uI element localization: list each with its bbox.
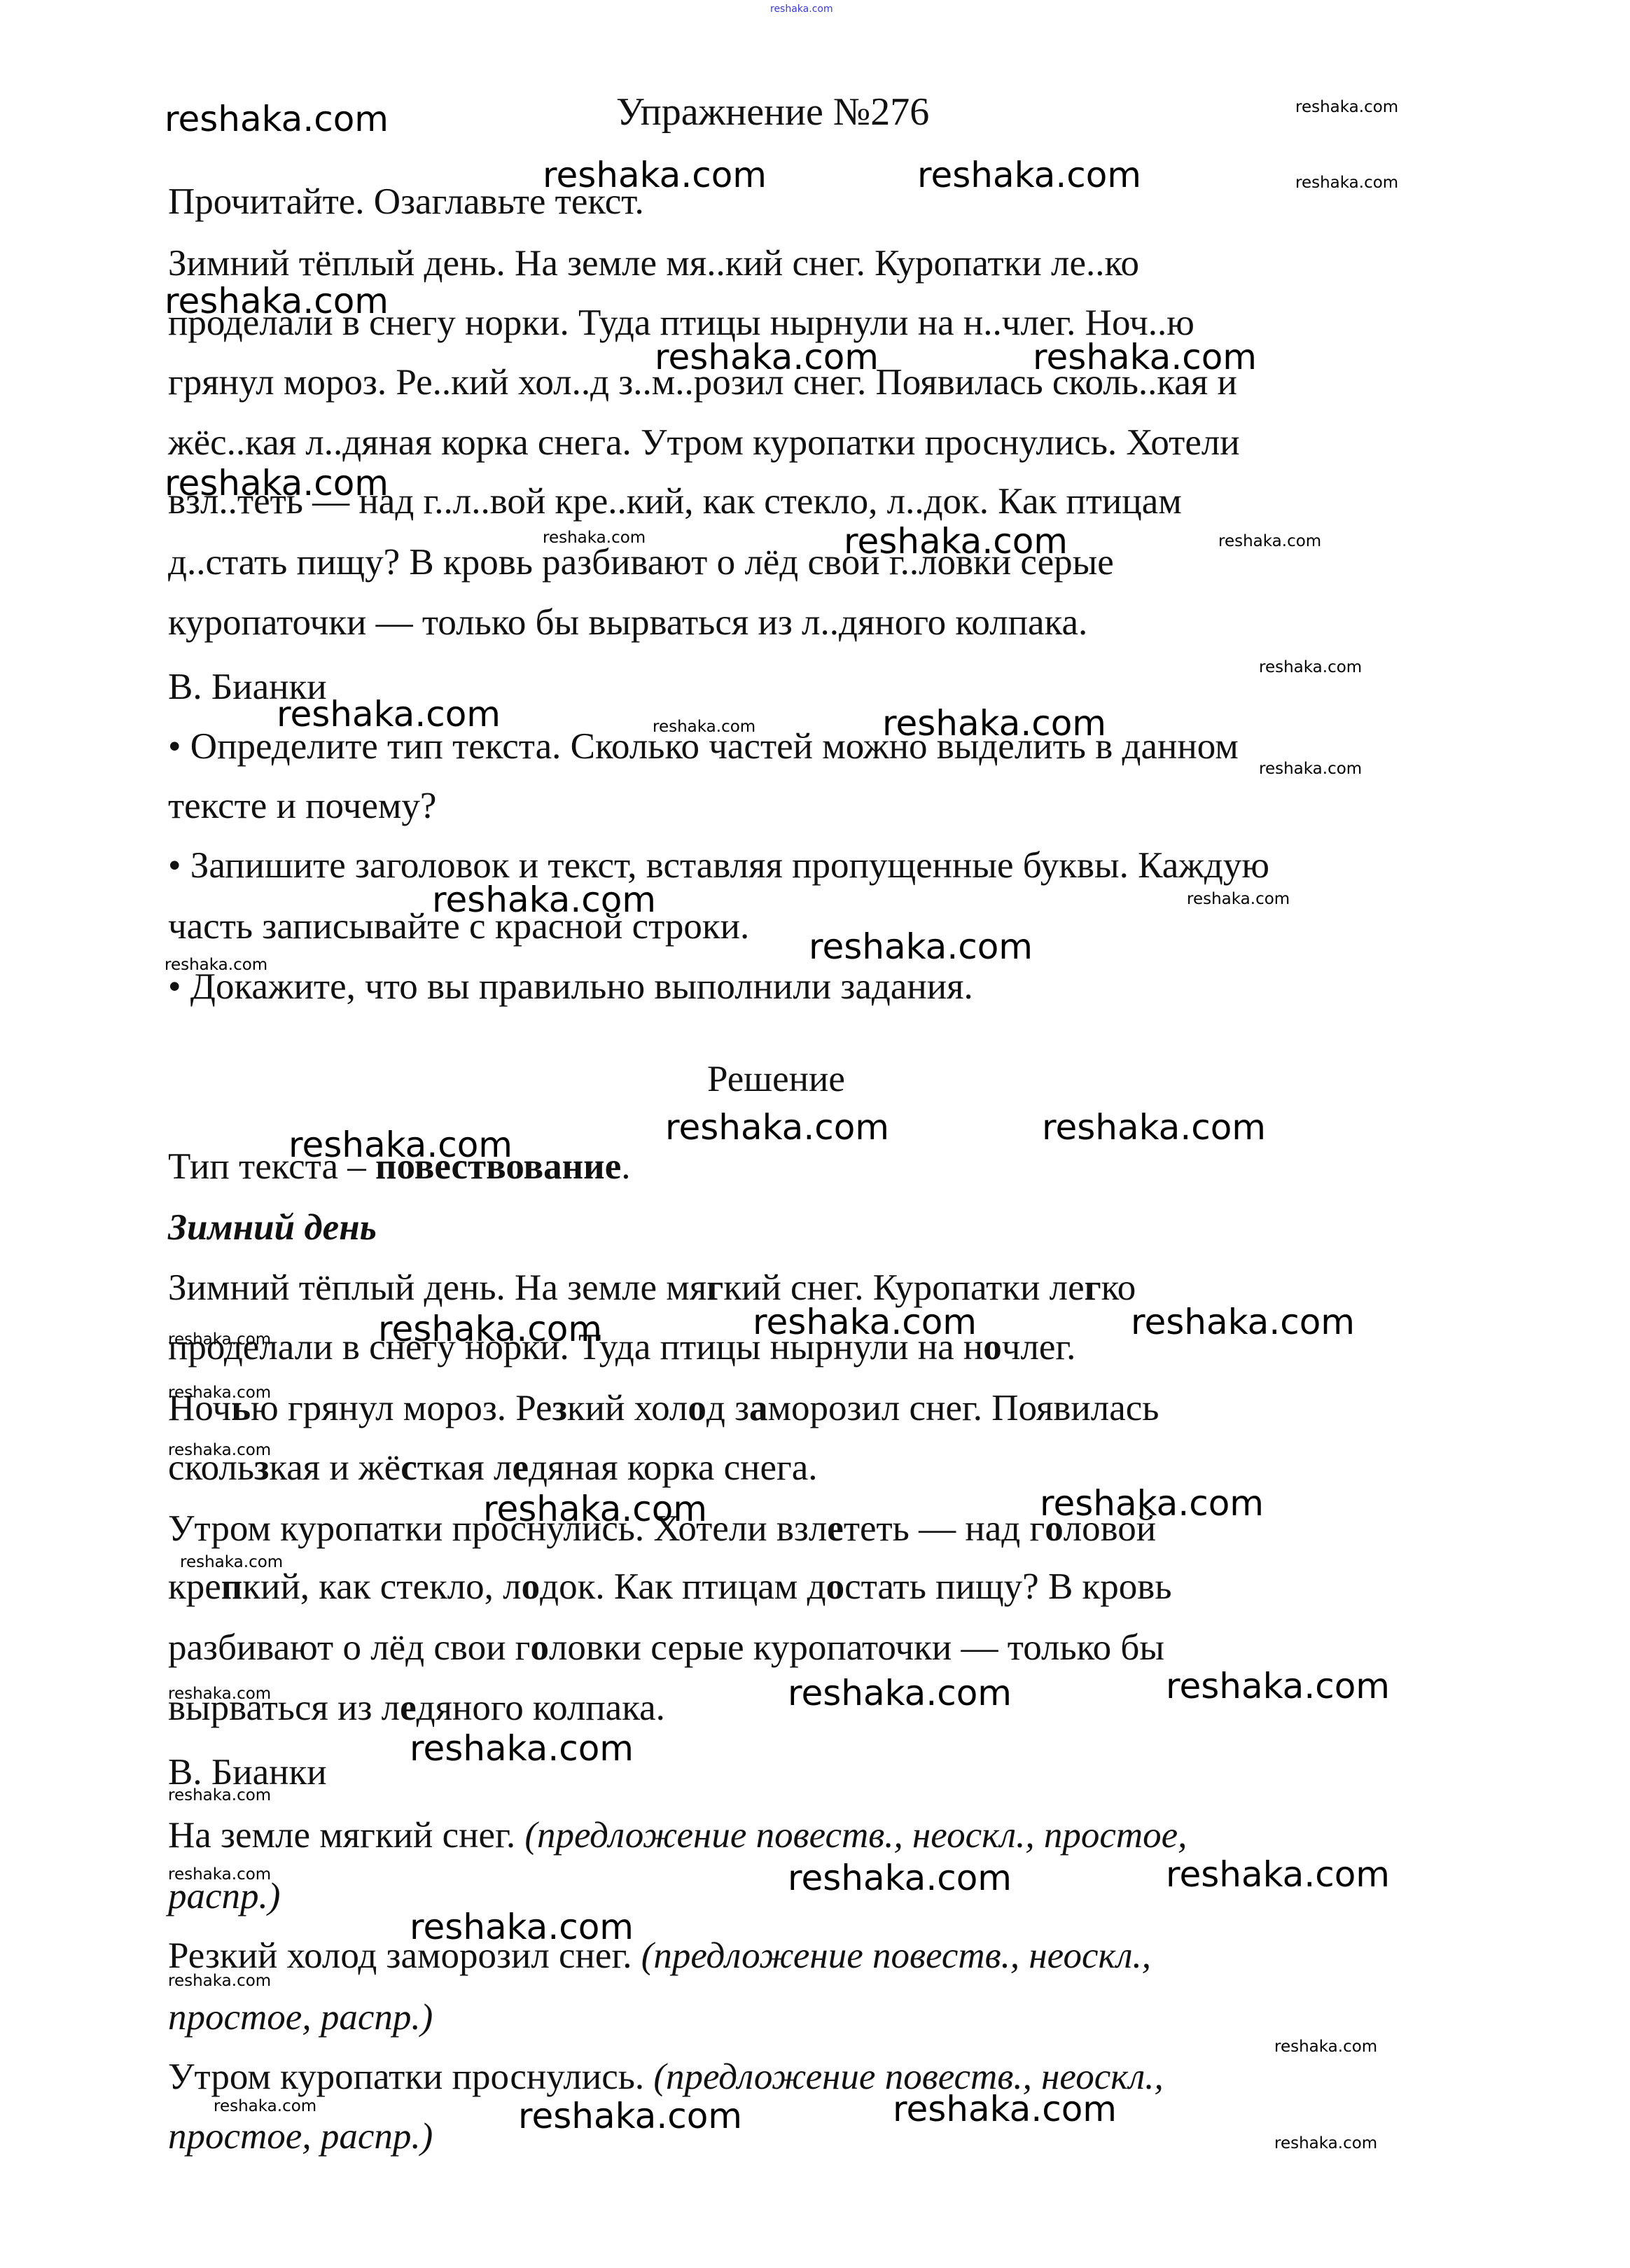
- text-fragment: дяная корка снега.: [529, 1447, 818, 1488]
- watermark-text: reshaka.com: [1166, 1857, 1390, 1892]
- analysis-note: простое, распр.): [168, 1997, 433, 2038]
- watermark-text: reshaka.com: [788, 1860, 1012, 1895]
- watermark-text: reshaka.com: [1259, 761, 1362, 777]
- watermark-text: reshaka.com: [410, 1731, 634, 1766]
- inserted-letter: о: [826, 1566, 845, 1607]
- text-type-end: .: [621, 1146, 630, 1187]
- inserted-letter: а: [749, 1388, 768, 1428]
- text-fragment: ткая л: [417, 1447, 513, 1488]
- inserted-letter: г: [706, 1267, 723, 1308]
- watermark-text: reshaka.com: [1295, 99, 1398, 116]
- watermark-text: reshaka.com: [1166, 1669, 1390, 1704]
- inserted-letter: с: [400, 1447, 417, 1488]
- text-fragment: Зимний тёплый день. На земле мя: [168, 1267, 706, 1308]
- text-fragment: теть — над г: [844, 1508, 1045, 1549]
- watermark-text: reshaka.com: [1218, 534, 1321, 550]
- watermark-text: reshaka.com: [1187, 891, 1290, 907]
- analysis-note: простое, распр.): [168, 2116, 433, 2157]
- solution-text-line: крепкий, как стекло, лодок. Как птицам д…: [168, 1568, 1172, 1606]
- text-fragment: ловки серые куропаточки — только бы: [549, 1627, 1164, 1668]
- watermark-text: reshaka.com: [882, 706, 1106, 741]
- solution-heading: Решение: [707, 1061, 845, 1098]
- analysis-note: (предложение повеств., неоскл., простое,: [524, 1815, 1187, 1856]
- question-line: тексте и почему?: [168, 788, 436, 825]
- watermark-text: reshaka.com: [893, 2092, 1117, 2127]
- watermark-text: reshaka.com: [168, 1332, 271, 1348]
- watermark-text: reshaka.com: [168, 1385, 271, 1401]
- watermark-text: reshaka.com: [543, 158, 767, 193]
- text-fragment: стать пищу? В кровь: [844, 1566, 1171, 1607]
- task-text-line: Зимний тёплый день. На земле мя..кий сне…: [168, 245, 1139, 282]
- analysis-note: (предложение повеств., неоскл.,: [641, 1935, 1151, 1976]
- watermark-text: reshaka.com: [168, 1686, 271, 1702]
- text-fragment: разбивают о лёд свои г: [168, 1627, 530, 1668]
- watermark-text: reshaka.com: [1295, 175, 1398, 191]
- analysis-sentence-text: На земле мягкий снег.: [168, 1815, 524, 1856]
- text-fragment: кре: [168, 1566, 221, 1607]
- text-fragment: дяного колпака.: [417, 1688, 665, 1728]
- watermark-text: reshaka.com: [165, 466, 389, 501]
- watermark-text: reshaka.com: [432, 882, 656, 917]
- watermark-text: reshaka.com: [165, 102, 389, 137]
- watermark-text: reshaka.com: [165, 284, 389, 319]
- text-fragment: д з: [706, 1388, 749, 1428]
- solution-text-line: разбивают о лёд свои головки серые куроп…: [168, 1629, 1164, 1667]
- text-fragment: кий, как стекло, л: [242, 1566, 521, 1607]
- watermark-text: reshaka.com: [655, 340, 879, 375]
- inserted-letter: е: [400, 1688, 417, 1728]
- question-line: • Докажите, что вы правильно выполнили з…: [168, 968, 973, 1006]
- solution-text-line: Ночью грянул мороз. Резкий холод замороз…: [168, 1390, 1159, 1427]
- top-site-link[interactable]: reshaka.com: [770, 4, 833, 14]
- analysis-note-continuation: простое, распр.): [168, 1999, 433, 2036]
- watermark-text: reshaka.com: [1259, 660, 1362, 676]
- watermark-text: reshaka.com: [809, 929, 1033, 964]
- watermark-text: reshaka.com: [1040, 1486, 1264, 1521]
- watermark-text: reshaka.com: [1274, 2136, 1377, 2152]
- watermark-text: reshaka.com: [543, 530, 646, 546]
- watermark-text: reshaka.com: [180, 1554, 283, 1571]
- page-title: Упражнение №276: [616, 92, 929, 132]
- inserted-letter: е: [827, 1508, 844, 1549]
- watermark-text: reshaka.com: [1033, 340, 1257, 375]
- watermark-text: reshaka.com: [378, 1312, 602, 1347]
- question-line: • Запишите заголовок и текст, вставляя п…: [168, 847, 1269, 884]
- watermark-text: reshaka.com: [1131, 1305, 1355, 1340]
- watermark-text: reshaka.com: [168, 1867, 271, 1883]
- watermark-text: reshaka.com: [168, 1788, 271, 1804]
- text-fragment: док. Как птицам д: [540, 1566, 826, 1607]
- inserted-letter: г: [1085, 1267, 1101, 1308]
- analysis-sentence: Резкий холод заморозил снег. (предложени…: [168, 1937, 1151, 1975]
- watermark-text: reshaka.com: [277, 697, 501, 732]
- watermark-text: reshaka.com: [483, 1491, 707, 1526]
- text-fragment: кая и жё: [269, 1447, 400, 1488]
- analysis-sentence: На земле мягкий снег. (предложение повес…: [168, 1817, 1187, 1854]
- watermark-text: reshaka.com: [653, 719, 755, 735]
- watermark-text: reshaka.com: [788, 1676, 1012, 1711]
- text-fragment: ю грянул мороз. Ре: [251, 1388, 552, 1428]
- watermark-text: reshaka.com: [214, 2099, 316, 2115]
- text-fragment: кий хол: [567, 1388, 688, 1428]
- watermark-text: reshaka.com: [518, 2099, 742, 2134]
- inserted-letter: о: [522, 1566, 541, 1607]
- text-fragment: члег.: [1002, 1327, 1076, 1368]
- inserted-letter: о: [983, 1327, 1002, 1368]
- watermark-text: reshaka.com: [288, 1127, 513, 1162]
- watermark-text: reshaka.com: [844, 524, 1068, 559]
- watermark-text: reshaka.com: [410, 1909, 634, 1945]
- watermark-text: reshaka.com: [165, 957, 267, 973]
- watermark-text: reshaka.com: [168, 1442, 271, 1459]
- watermark-text: reshaka.com: [1274, 2039, 1377, 2055]
- watermark-text: reshaka.com: [168, 1973, 271, 1989]
- task-text-line: жёс..кая л..дяная корка снега. Утром кур…: [168, 424, 1240, 461]
- inserted-letter: о: [688, 1388, 706, 1428]
- inserted-letter: з: [552, 1388, 567, 1428]
- inserted-letter: о: [530, 1627, 549, 1668]
- solution-title: Зимний день: [168, 1209, 377, 1246]
- solution-text-line: Зимний тёплый день. На земле мягкий снег…: [168, 1269, 1136, 1307]
- text-fragment: морозил снег. Появилась: [768, 1388, 1159, 1428]
- analysis-sentence-text: Утром куропатки проснулись.: [168, 2057, 653, 2097]
- watermark-text: reshaka.com: [753, 1305, 977, 1340]
- watermark-text: reshaka.com: [917, 158, 1141, 193]
- inserted-letter: п: [221, 1566, 243, 1607]
- watermark-text: reshaka.com: [665, 1110, 889, 1145]
- watermark-text: reshaka.com: [1042, 1110, 1266, 1145]
- analysis-note-continuation: простое, распр.): [168, 2118, 433, 2155]
- inserted-letter: е: [512, 1447, 529, 1488]
- task-text-line: куропаточки — только бы вырваться из л..…: [168, 604, 1087, 641]
